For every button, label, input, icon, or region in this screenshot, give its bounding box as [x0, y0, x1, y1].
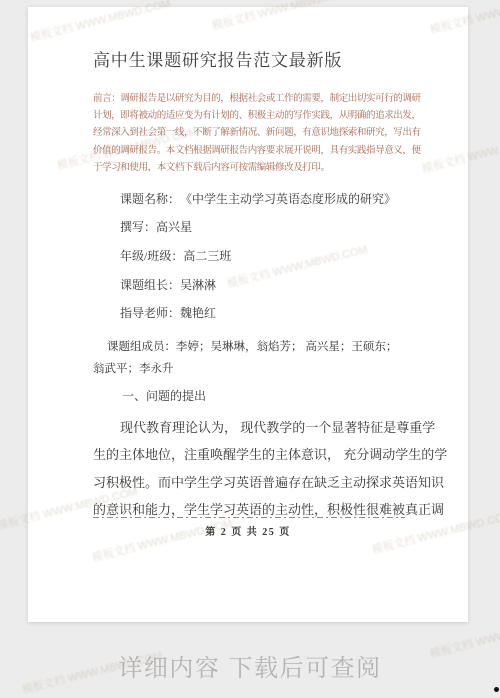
body-line: 的意识和能力，学生学习英语的主动性，积极性很难被真正调 — [93, 496, 423, 523]
body-line: 习积极性。而中学生学习英语普遍存在缺乏主动探求英语知识 — [93, 469, 423, 496]
field-value: 高二三班 — [183, 247, 231, 264]
section-heading: 一、问题的提出 — [122, 388, 206, 404]
field-value: 高兴星 — [156, 218, 192, 235]
field-author: 撰写：高兴星 — [120, 213, 450, 242]
field-label: 课题名称： — [120, 190, 180, 207]
field-label: 指导老师： — [120, 304, 180, 321]
members-line: 课题组成员：李婷；吴琳琳，翁焰芳； 高兴星；王硕东； — [93, 337, 423, 359]
corner-dot — [494, 687, 499, 692]
info-fields: 课题名称：《中学生主动学习英语态度形成的研究》 撰写：高兴星 年级/班级：高二三… — [120, 184, 450, 327]
field-advisor: 指导老师：魏艳红 — [120, 298, 450, 327]
preface-line: 前言：调研报告是以研究为目的，根据社会或工作的需要，制定出切实可行的调研 — [93, 91, 423, 108]
field-topic-name: 课题名称：《中学生主动学习英语态度形成的研究》 — [120, 184, 450, 213]
preface-line: 于学习和使用，本文档下载后内容可按需编辑修改及打印。 — [93, 160, 423, 177]
body-paragraph: 现代教育理论认为， 现代教学的一个显著特征是尊重学 生的主体地位，注重唤醒学生的… — [93, 414, 423, 524]
preface-line: 经常深入到社会第一线，不断了解新情况、新问题，有意识地探索和研究，写出有 — [93, 125, 423, 142]
body-line: 生的主体地位，注重唤醒学生的主体意识， 充分调动学生的学 — [93, 441, 423, 468]
field-grade-class: 年级/班级：高二三班 — [120, 241, 450, 270]
field-label: 年级/班级： — [120, 247, 183, 264]
preview-caption: 详细内容 下载后可查阅 — [0, 648, 500, 683]
field-group-leader: 课题组长：吴淋淋 — [120, 270, 450, 299]
document-page[interactable]: 高中生课题研究报告范文最新版 前言：调研报告是以研究为目的，根据社会或工作的需要… — [28, 7, 468, 622]
field-value: 魏艳红 — [180, 304, 216, 321]
body-line: 现代教育理论认为， 现代教学的一个显著特征是尊重学 — [93, 414, 423, 441]
field-value: 吴淋淋 — [180, 276, 216, 293]
field-label: 课题组长： — [120, 276, 180, 293]
field-value: 《中学生主动学习英语态度形成的研究》 — [180, 190, 396, 207]
page-number-footer: 第 2 页 共 25 页 — [28, 523, 468, 539]
footer-divider — [93, 517, 405, 518]
preface-paragraph: 前言：调研报告是以研究为目的，根据社会或工作的需要，制定出切实可行的调研 计划，… — [93, 91, 423, 177]
field-label: 撰写： — [120, 218, 156, 235]
preface-line: 计划，即将被动的适应变为有计划的、积极主动的写作实践，从明确的追求出发， — [93, 108, 423, 125]
group-members: 课题组成员：李婷；吴琳琳，翁焰芳； 高兴星；王硕东； 翁武平；李永升 — [93, 337, 423, 380]
preface-line: 价值的调研报告。本文档根据调研报告内容要求展开说明，具有实践指导意义，便 — [93, 143, 423, 160]
members-line: 翁武平；李永升 — [93, 359, 423, 381]
document-title: 高中生课题研究报告范文最新版 — [93, 48, 342, 74]
